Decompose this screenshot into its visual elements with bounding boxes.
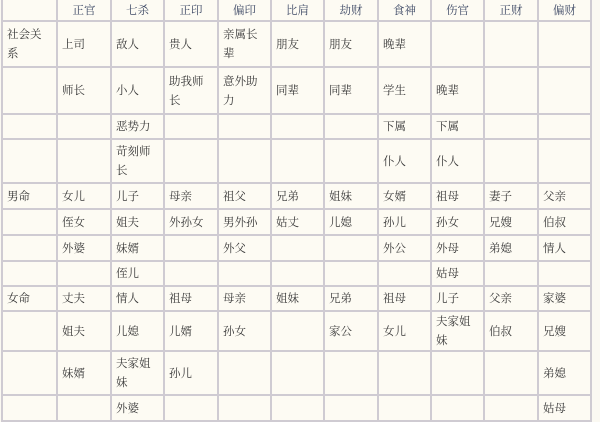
row-header-cell bbox=[2, 209, 57, 235]
table-cell: 仆人 bbox=[431, 139, 484, 183]
table-cell: 侄女 bbox=[57, 209, 111, 235]
table-cell bbox=[324, 261, 378, 286]
table-cell: 敌人 bbox=[111, 21, 164, 67]
table-cell: 祖母 bbox=[431, 183, 484, 209]
table-cell bbox=[218, 395, 271, 400]
table-cell bbox=[324, 351, 378, 395]
row-header-cell bbox=[2, 395, 57, 400]
table-cell: 意外助力 bbox=[218, 67, 271, 114]
table-cell bbox=[484, 261, 538, 286]
column-header: 食神 bbox=[378, 0, 431, 21]
row-header-cell bbox=[2, 114, 57, 139]
table-cell bbox=[538, 21, 591, 67]
table-cell: 外父 bbox=[218, 235, 271, 261]
table-cell bbox=[164, 114, 218, 139]
table-cell bbox=[164, 235, 218, 261]
row-header-cell bbox=[2, 311, 57, 351]
table-cell: 孙儿 bbox=[164, 351, 218, 395]
table-cell: 助我师长 bbox=[164, 67, 218, 114]
table-cell bbox=[271, 351, 324, 395]
table-cell: 侄儿 bbox=[111, 261, 164, 286]
table-cell: 夫家姐妹 bbox=[111, 351, 164, 395]
row-header-cell: 男命 bbox=[2, 183, 57, 209]
table-cell: 姐妹 bbox=[324, 183, 378, 209]
table-cell: 儿媳 bbox=[111, 311, 164, 351]
table-cell: 同辈 bbox=[271, 67, 324, 114]
table-cell: 妹婿 bbox=[57, 351, 111, 395]
column-header: 七杀 bbox=[111, 0, 164, 21]
header-corner bbox=[2, 0, 57, 21]
header-row: 正官七杀正印偏印比肩劫财食神伤官正财偏财 bbox=[2, 0, 591, 21]
table-cell bbox=[378, 261, 431, 286]
table-row: 侄女姐夫外孙女男外孙姑丈儿媳孙儿孙女兄嫂伯叔 bbox=[2, 209, 591, 235]
table-cell bbox=[271, 395, 324, 400]
table-row: 姐夫儿媳儿婿孙女家公女儿夫家姐妹伯叔兄嫂 bbox=[2, 311, 591, 351]
table-cell: 外孙女 bbox=[164, 209, 218, 235]
table-cell: 儿媳 bbox=[324, 209, 378, 235]
table-cell: 伯叔 bbox=[484, 311, 538, 351]
table-cell bbox=[324, 395, 378, 400]
table-cell bbox=[484, 114, 538, 139]
table-cell: 弟媳 bbox=[538, 351, 591, 395]
table-cell: 姐夫 bbox=[111, 209, 164, 235]
table-row: 外婆姑母 bbox=[2, 395, 591, 400]
table-row: 男命女儿儿子母亲祖父兄弟姐妹女婿祖母妻子父亲 bbox=[2, 183, 591, 209]
table-cell: 孙女 bbox=[431, 209, 484, 235]
table-cell bbox=[164, 261, 218, 286]
table-cell bbox=[484, 395, 538, 400]
table-cell: 父亲 bbox=[484, 286, 538, 311]
table-cell: 外婆 bbox=[111, 395, 164, 400]
table-cell: 情人 bbox=[111, 286, 164, 311]
column-header: 伤官 bbox=[431, 0, 484, 21]
table-cell bbox=[57, 261, 111, 286]
table-row: 恶势力下属下属 bbox=[2, 114, 591, 139]
table-cell bbox=[431, 351, 484, 395]
table-cell: 外婆 bbox=[57, 235, 111, 261]
table-cell: 祖母 bbox=[164, 286, 218, 311]
row-header-cell: 女命 bbox=[2, 286, 57, 311]
table-cell: 女婿 bbox=[378, 183, 431, 209]
column-header: 正官 bbox=[57, 0, 111, 21]
table-cell: 姑丈 bbox=[271, 209, 324, 235]
table-cell bbox=[431, 21, 484, 67]
table-cell: 贵人 bbox=[164, 21, 218, 67]
table-cell: 苛刻师长 bbox=[111, 139, 164, 183]
table-cell bbox=[57, 139, 111, 183]
table-cell bbox=[538, 139, 591, 183]
table-cell: 祖父 bbox=[218, 183, 271, 209]
table-cell bbox=[378, 395, 431, 400]
table-cell bbox=[271, 139, 324, 183]
table-cell bbox=[378, 351, 431, 395]
table-cell: 父亲 bbox=[538, 183, 591, 209]
table-cell: 兄嫂 bbox=[538, 311, 591, 351]
table-cell bbox=[538, 261, 591, 286]
table-cell: 女儿 bbox=[57, 183, 111, 209]
table-cell bbox=[431, 395, 484, 400]
table-cell bbox=[164, 139, 218, 183]
table-cell: 夫家姐妹 bbox=[431, 311, 484, 351]
table-cell bbox=[538, 67, 591, 114]
table-cell bbox=[218, 114, 271, 139]
row-header-cell bbox=[2, 261, 57, 286]
table-cell: 情人 bbox=[538, 235, 591, 261]
row-header-cell bbox=[2, 139, 57, 183]
table-cell: 仆人 bbox=[378, 139, 431, 183]
table-cell bbox=[57, 395, 111, 400]
table-cell bbox=[324, 139, 378, 183]
column-header: 正财 bbox=[484, 0, 538, 21]
table-cell bbox=[57, 114, 111, 139]
table-cell bbox=[218, 261, 271, 286]
table-cell: 弟媳 bbox=[484, 235, 538, 261]
table-cell: 伯叔 bbox=[538, 209, 591, 235]
table-cell: 姐夫 bbox=[57, 311, 111, 351]
table-row: 侄儿姑母 bbox=[2, 261, 591, 286]
table-cell: 同辈 bbox=[324, 67, 378, 114]
table-cell: 兄弟 bbox=[271, 183, 324, 209]
table-cell: 女儿 bbox=[378, 311, 431, 351]
table-cell: 母亲 bbox=[218, 286, 271, 311]
table-cell: 朋友 bbox=[324, 21, 378, 67]
table-cell: 师长 bbox=[57, 67, 111, 114]
table-cell: 上司 bbox=[57, 21, 111, 67]
column-header: 偏印 bbox=[218, 0, 271, 21]
row-header-cell: 社会关系 bbox=[2, 21, 57, 67]
table-cell: 小人 bbox=[111, 67, 164, 114]
row-header-cell bbox=[2, 235, 57, 261]
table-row: 女命丈夫情人祖母母亲姐妹兄弟祖母儿子父亲家婆 bbox=[2, 286, 591, 311]
table-cell bbox=[538, 114, 591, 139]
table-cell: 妻子 bbox=[484, 183, 538, 209]
column-header: 正印 bbox=[164, 0, 218, 21]
table-cell: 儿子 bbox=[431, 286, 484, 311]
table-cell: 外母 bbox=[431, 235, 484, 261]
table-row: 苛刻师长仆人仆人 bbox=[2, 139, 591, 183]
table-row: 师长小人助我师长意外助力同辈同辈学生晚辈 bbox=[2, 67, 591, 114]
table-cell: 姐妹 bbox=[271, 286, 324, 311]
table-cell: 下属 bbox=[378, 114, 431, 139]
table-cell bbox=[271, 261, 324, 286]
table-cell: 朋友 bbox=[271, 21, 324, 67]
table-cell bbox=[218, 351, 271, 395]
table-cell: 儿子 bbox=[111, 183, 164, 209]
row-header-cell bbox=[2, 67, 57, 114]
ten-gods-relations-table: 正官七杀正印偏印比肩劫财食神伤官正财偏财 社会关系上司敌人贵人亲属长辈朋友朋友晚… bbox=[1, 0, 592, 400]
table-row: 社会关系上司敌人贵人亲属长辈朋友朋友晚辈 bbox=[2, 21, 591, 67]
table-cell: 家婆 bbox=[538, 286, 591, 311]
table-cell: 孙儿 bbox=[378, 209, 431, 235]
table-cell: 兄弟 bbox=[324, 286, 378, 311]
table-cell: 丈夫 bbox=[57, 286, 111, 311]
table-cell bbox=[484, 67, 538, 114]
table-cell bbox=[324, 235, 378, 261]
table-cell bbox=[271, 114, 324, 139]
table-cell: 兄嫂 bbox=[484, 209, 538, 235]
table-cell: 母亲 bbox=[164, 183, 218, 209]
column-header: 偏财 bbox=[538, 0, 591, 21]
column-header: 比肩 bbox=[271, 0, 324, 21]
table-cell: 外公 bbox=[378, 235, 431, 261]
table-cell: 晚辈 bbox=[431, 67, 484, 114]
table-cell: 下属 bbox=[431, 114, 484, 139]
table-cell bbox=[164, 395, 218, 400]
table-cell: 姑母 bbox=[538, 395, 591, 400]
table-cell bbox=[484, 21, 538, 67]
table-cell: 晚辈 bbox=[378, 21, 431, 67]
table-cell: 家公 bbox=[324, 311, 378, 351]
table-cell: 姑母 bbox=[431, 261, 484, 286]
table-cell: 男外孙 bbox=[218, 209, 271, 235]
table-cell: 妹婿 bbox=[111, 235, 164, 261]
table-cell bbox=[484, 351, 538, 395]
table-cell: 亲属长辈 bbox=[218, 21, 271, 67]
table-cell: 儿婿 bbox=[164, 311, 218, 351]
table-cell: 学生 bbox=[378, 67, 431, 114]
table-cell bbox=[271, 311, 324, 351]
table-cell bbox=[324, 114, 378, 139]
table-cell bbox=[218, 139, 271, 183]
column-header: 劫财 bbox=[324, 0, 378, 21]
row-header-cell bbox=[2, 351, 57, 395]
table-row: 外婆妹婿外父外公外母弟媳情人 bbox=[2, 235, 591, 261]
table-cell bbox=[271, 235, 324, 261]
table-cell: 孙女 bbox=[218, 311, 271, 351]
table-row: 妹婿夫家姐妹孙儿弟媳 bbox=[2, 351, 591, 395]
table-cell: 祖母 bbox=[378, 286, 431, 311]
table-cell bbox=[484, 139, 538, 183]
table-cell: 恶势力 bbox=[111, 114, 164, 139]
